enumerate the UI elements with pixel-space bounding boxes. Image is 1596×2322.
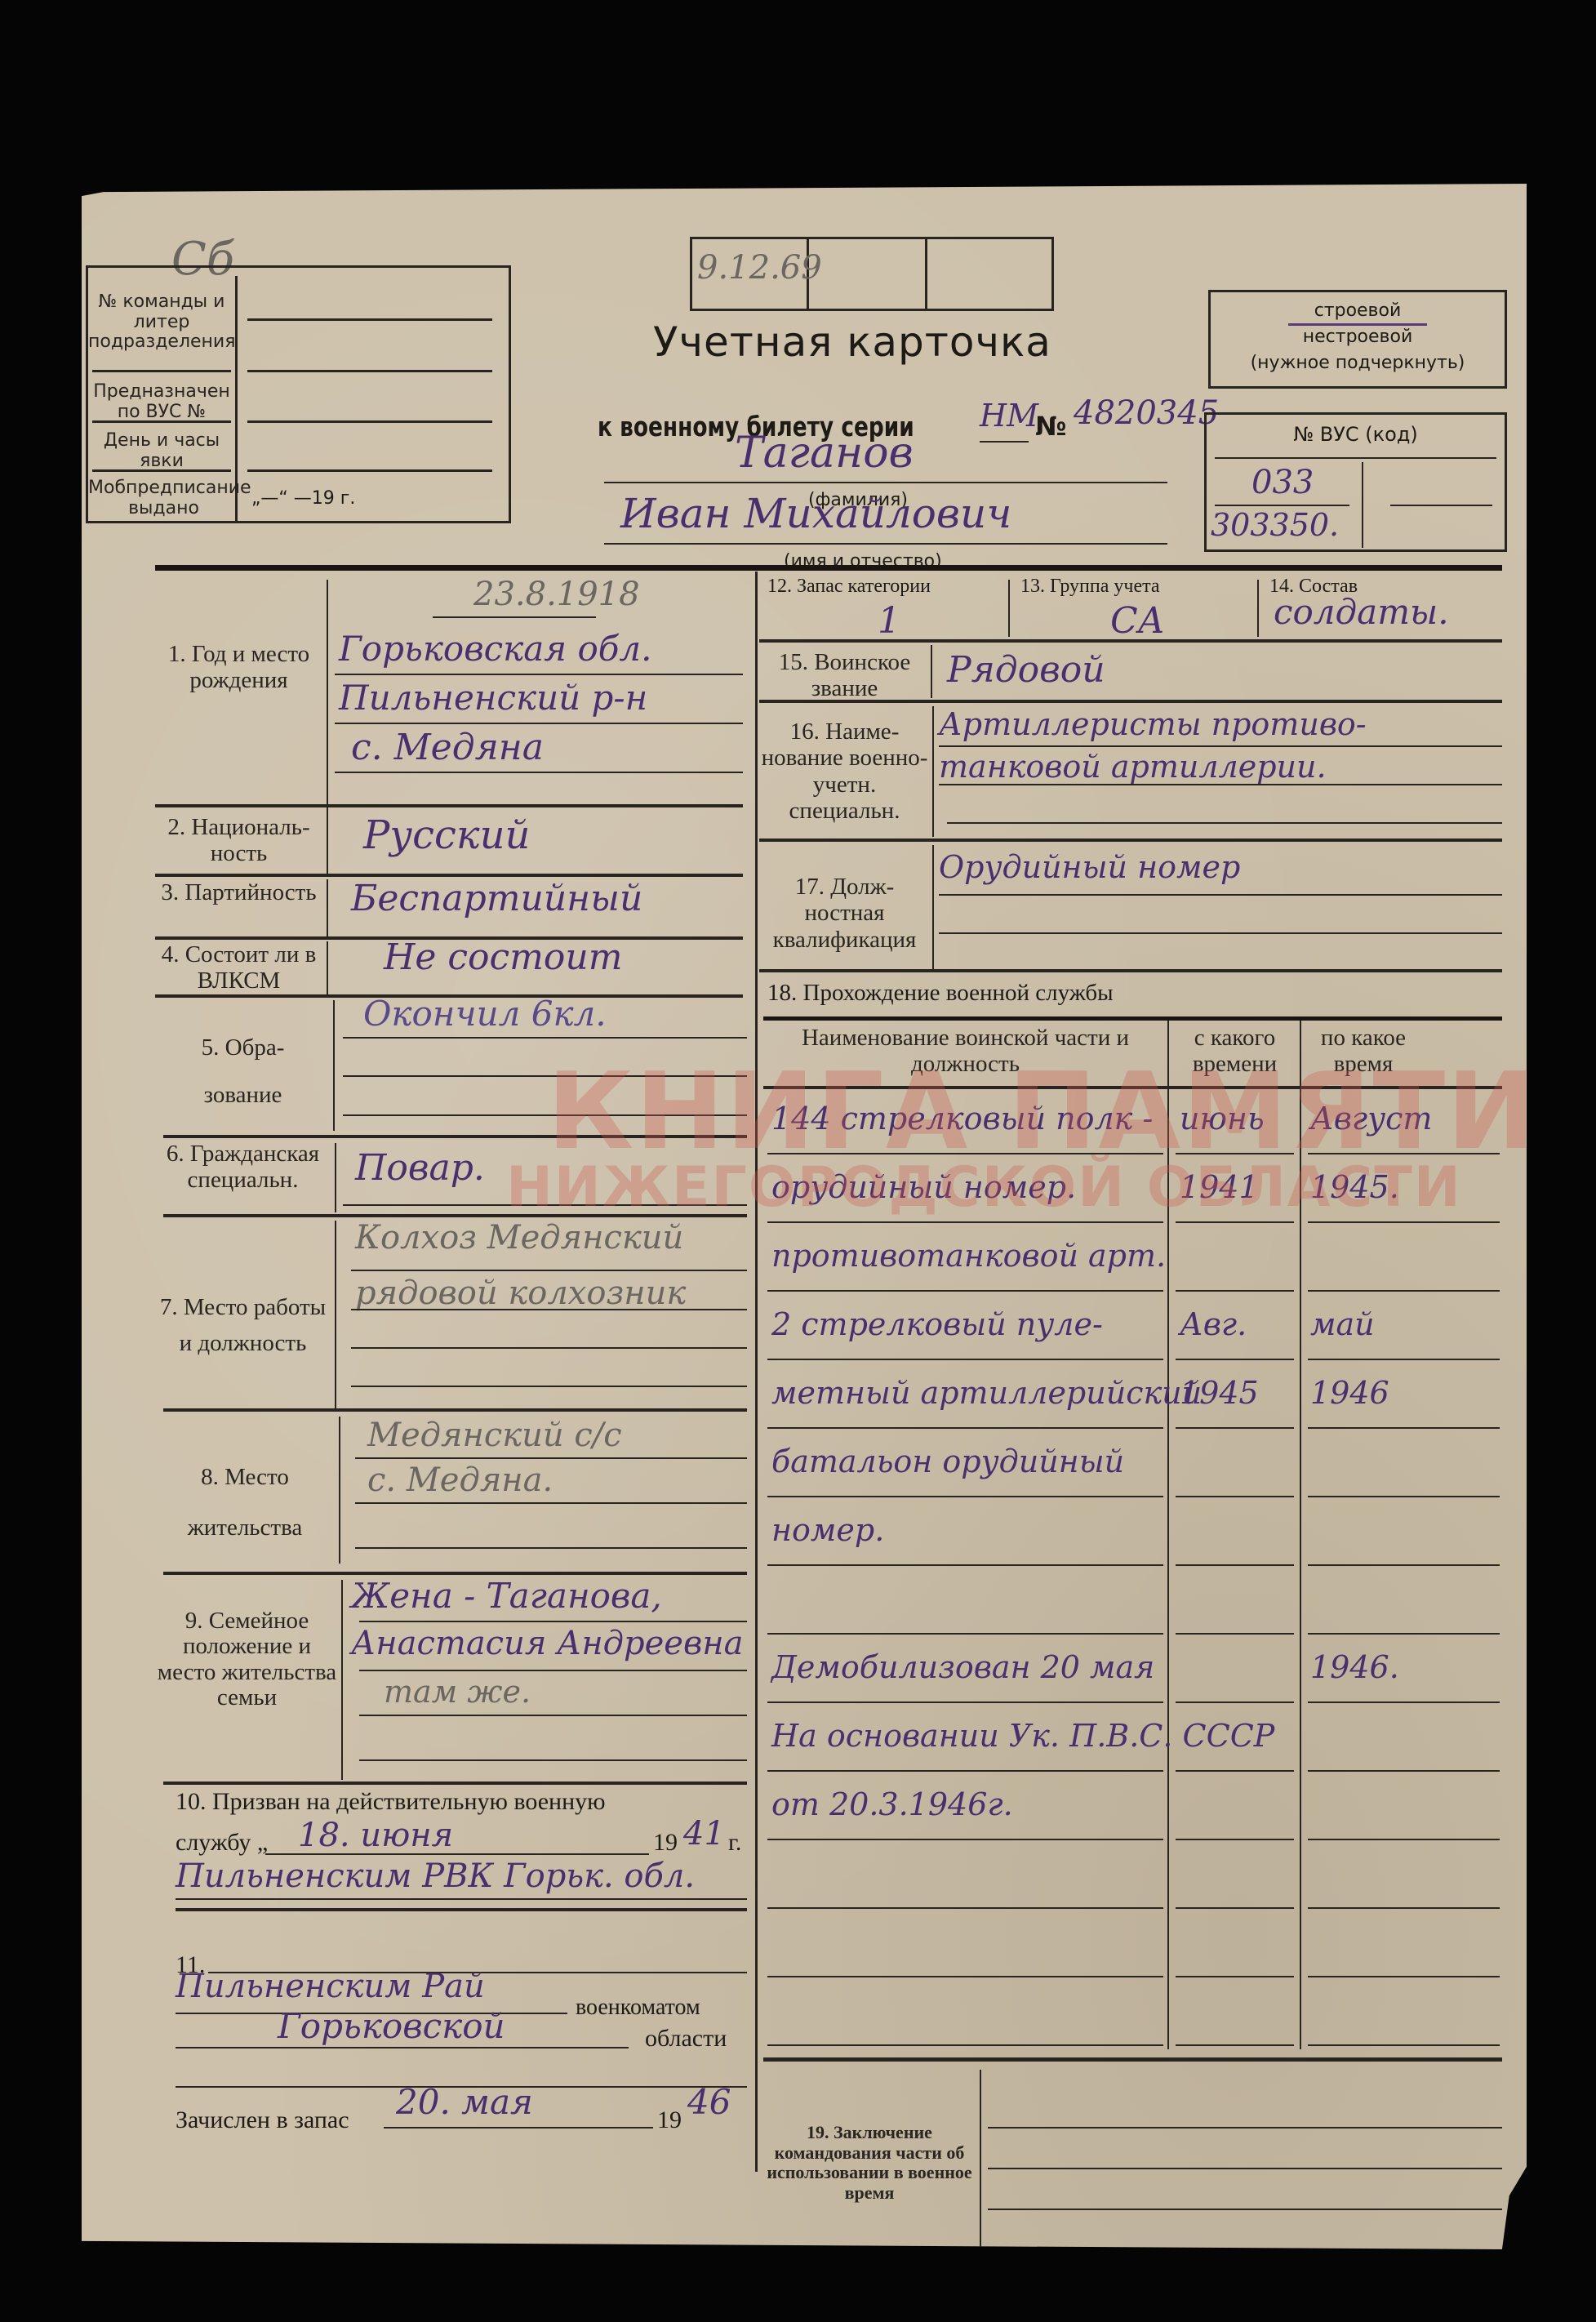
row-rule: [767, 1976, 1163, 1977]
account-group-value: СА: [1110, 600, 1165, 642]
row-rule: [1176, 1907, 1294, 1909]
row-rule: [1176, 1427, 1294, 1429]
row-rule: [1176, 1564, 1294, 1566]
label-birth: 1. Год и место рождения: [155, 641, 322, 694]
vus-code: 033: [1251, 464, 1314, 501]
label-command-number: № команды и литер подразделения: [88, 292, 235, 353]
assignment-box: № команды и литер подразделения Предназн…: [86, 265, 511, 523]
residence-line-1: Медянский с/с: [367, 1417, 622, 1454]
ticket-number: 4820345: [1074, 394, 1219, 432]
service-unit-cell: от 20.3.1946г.: [771, 1786, 1167, 1822]
row-rule: [1308, 1839, 1500, 1840]
label-service-history: 18. Прохождение военной службы: [767, 980, 1114, 1007]
label-position-qualification: 17. Долж­ностная квалифика­ция: [761, 874, 928, 953]
row-rule: [1308, 1221, 1500, 1223]
voenkomat-label: военкоматом: [576, 1995, 700, 2021]
birth-district: Пильненский р-н: [339, 678, 647, 718]
military-registration-card: Сб 9.12.69 № команды и литер подразделен…: [82, 184, 1527, 2249]
composition-value: солдаты.: [1274, 592, 1449, 632]
name-patronymic: Иван Михайлович: [620, 490, 1011, 537]
row-rule: [1176, 2044, 1294, 2046]
row-rule: [767, 1496, 1163, 1497]
label-rank: 15. Воинское звание: [761, 649, 928, 702]
workplace-line-1: Колхоз Медянский: [355, 1219, 683, 1257]
row-rule: [767, 1907, 1163, 1909]
label-komsomol: 4. Состоит ли в ВЛКСМ: [155, 941, 322, 994]
label-account-group: 13. Группа учета: [1020, 576, 1160, 598]
row-rule: [767, 1290, 1163, 1292]
row-rule: [1176, 1701, 1294, 1703]
row-rule: [1176, 1839, 1294, 1840]
family-line-2: Анастасия Андреевна: [351, 1625, 743, 1662]
surname: Таганов: [735, 429, 914, 478]
row-rule: [1308, 1496, 1500, 1497]
top-number-box: 9.12.69: [690, 237, 1054, 311]
ticket-series: НМ: [980, 398, 1038, 434]
row-rule: [1308, 1564, 1500, 1566]
label-residence-a: 8. Место: [155, 1464, 335, 1490]
row-rule: [767, 1633, 1163, 1635]
birth-date: 23.8.1918: [473, 576, 640, 613]
label-vus-assigned: Предназначен по ВУС №: [88, 382, 235, 422]
row-rule: [1176, 1976, 1294, 1977]
label-family: 9. Семей­ное поло­жение и место жительст…: [155, 1608, 339, 1710]
label-education-b: зование: [155, 1082, 331, 1108]
hand-underline: [1288, 323, 1427, 326]
label-mob-order: Мобпредписание выдано: [88, 478, 239, 518]
label-education-a: 5. Обра-: [155, 1034, 331, 1061]
row-rule: [767, 1701, 1163, 1703]
row-rule: [767, 1427, 1163, 1429]
row-rule: [1176, 1633, 1294, 1635]
label-party: 3. Партий­ность: [155, 879, 322, 905]
party-value: Беспартийный: [351, 878, 642, 919]
drafted-by: Пильненским РВК Горьк. обл.: [176, 1857, 695, 1895]
family-line-3: там же.: [384, 1674, 531, 1710]
service-unit-cell: метный артиллерийский: [771, 1375, 1167, 1411]
row-rule: [1308, 1633, 1500, 1635]
birth-village: с. Медяна: [351, 727, 544, 768]
vus-code-box: № ВУС (код) 033 303350.: [1204, 412, 1507, 552]
birth-region: Горьковская обл.: [339, 629, 651, 669]
row-rule: [1308, 1907, 1500, 1909]
row-rule: [1176, 1221, 1294, 1223]
service-unit-cell: номер.: [771, 1512, 1167, 1548]
row-rule: [1308, 1427, 1500, 1429]
reserve-date: 20. мая: [396, 2082, 533, 2122]
drafted-year-prefix: 19: [653, 1829, 678, 1857]
row-rule: [1308, 1359, 1500, 1360]
label-residence-b: жительства: [155, 1515, 335, 1541]
workplace-line-2: рядовой колхозник: [355, 1274, 686, 1312]
education-value: Окончил 6кл.: [363, 994, 607, 1034]
label-command-conclusion: 19. Заключение командования части об исп…: [763, 2123, 976, 2204]
service-to-cell: май: [1310, 1306, 1433, 1342]
service-unit-cell: 2 стрелковый пуле-: [771, 1306, 1167, 1342]
vus-specialty-line-2: танковой артиллерии.: [939, 749, 1327, 785]
voenkomat-region: Горьковской: [278, 2006, 505, 2046]
row-rule: [1176, 1359, 1294, 1360]
number-sign: №: [1035, 411, 1067, 442]
row-rule: [767, 1221, 1163, 1223]
label-reserve-category: 12. Запас категории: [767, 576, 931, 598]
vus-header: № ВУС (код): [1207, 423, 1505, 446]
service-from-cell: 1945: [1180, 1375, 1302, 1411]
row-rule: [767, 1770, 1163, 1772]
label-workplace: 7. Место работы и должность: [155, 1290, 331, 1361]
duty-line-stroevoy: строевой: [1211, 300, 1505, 321]
watermark-subtitle: НИЖЕГОРОДСКОЙ ОБЛАСТИ: [506, 1155, 1462, 1220]
drafted-prefix: службу „: [176, 1829, 268, 1857]
vus-specialty-line-1: Артиллеристы противо-: [939, 706, 1367, 742]
oblast-label: области: [645, 2025, 727, 2053]
row-rule: [767, 1839, 1163, 1840]
drafted-suffix: г.: [728, 1829, 741, 1857]
rank-value: Рядовой: [947, 649, 1105, 691]
drafted-year: 41: [683, 1815, 725, 1853]
duty-status-box: строевой нестроевой (нужное подчеркнуть): [1208, 290, 1507, 389]
duty-note: (нужное подчеркнуть): [1211, 353, 1505, 373]
vus-code-2: 303350.: [1211, 507, 1339, 543]
civil-specialty-value: Повар.: [355, 1147, 485, 1189]
label-day-hours: День и часы явки: [88, 431, 235, 471]
label-civil-specialty: 6. Граж­данская специальн.: [155, 1141, 331, 1194]
voenkomat-district: Пильненским Рай: [176, 1968, 485, 2005]
label-nationality: 2. Националь­ность: [155, 814, 322, 867]
row-rule: [1176, 1770, 1294, 1772]
row-rule: [767, 2044, 1163, 2046]
row-rule: [767, 1359, 1163, 1360]
service-unit-cell: На основании Ук. П.В.С. СССР: [771, 1718, 1167, 1754]
reserve-year-prefix: 19: [657, 2106, 682, 2134]
label-reserve: Зачислен в запас: [176, 2106, 349, 2134]
mob-order-date: „—“ —19 г.: [251, 488, 355, 509]
service-to-cell: 1946.: [1310, 1649, 1433, 1685]
reserve-year: 46: [687, 2082, 731, 2122]
row-rule: [1308, 2044, 1500, 2046]
row-rule: [1308, 1976, 1500, 1977]
label-vus-specialty: 16. Наиме­нование во­енно-учетн. специал…: [761, 718, 928, 825]
service-unit-cell: Демобилизован 20 мая: [771, 1649, 1167, 1685]
position-qualification-value: Орудийный номер: [939, 849, 1240, 885]
row-rule: [1308, 1701, 1500, 1703]
service-from-cell: Авг.: [1180, 1306, 1302, 1342]
duty-line-nestroevoy: нестроевой: [1211, 327, 1505, 347]
row-rule: [1308, 1770, 1500, 1772]
row-rule: [1308, 1290, 1500, 1292]
row-rule: [1176, 1496, 1294, 1497]
service-unit-cell: батальон орудийный: [771, 1443, 1167, 1479]
card-title: Учетная карточка: [653, 318, 1051, 366]
family-line-1: Жена - Таганова,: [351, 1576, 662, 1616]
residence-line-2: с. Медяна.: [367, 1461, 553, 1499]
archive-number: 9.12.69: [697, 249, 822, 287]
row-rule: [1176, 1290, 1294, 1292]
drafted-date: 18. июня: [298, 1817, 453, 1854]
service-to-cell: 1946: [1310, 1375, 1433, 1411]
label-drafted: 10. Призван на действительную военную: [176, 1788, 606, 1816]
reserve-category-value: 1: [878, 600, 900, 642]
service-unit-cell: противотанковой арт.: [771, 1238, 1167, 1274]
row-rule: [767, 1564, 1163, 1566]
nationality-value: Русский: [363, 812, 530, 858]
komsomol-value: Не состоит: [384, 936, 622, 978]
